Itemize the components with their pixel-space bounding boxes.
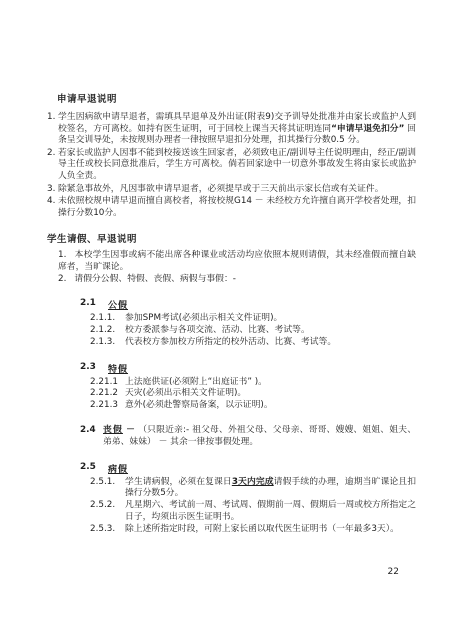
- item-number: 2.5.2.: [90, 500, 125, 524]
- item-number: 4.: [47, 196, 58, 219]
- section2-title: 学生请假、早退说明: [47, 231, 416, 245]
- subsection-title: 特假: [108, 362, 128, 375]
- item-number: 2.1.1.: [90, 313, 125, 325]
- subsection-title: 丧假: [103, 425, 123, 435]
- item-text: 未依照校规申请早退而擅自离校者，将按校规G14 － 未经校方允许擅自离开学校者处…: [58, 196, 416, 219]
- list-item: 2.请假分公假、特假、丧假、病假与事假：-: [58, 274, 416, 286]
- subsection-header: 2.3 特假: [80, 362, 416, 375]
- list-item: 2.5.1. 学生请病假，必须在复课日3天内完成请假手续的办理，逾期当旷课论且扣…: [90, 477, 416, 501]
- item-text: 学生请病假，必须在复课日3天内完成请假手续的办理，逾期当旷课论且扣操行分数5分。: [125, 477, 416, 501]
- subsection-inline: 2.4 丧假 － （只限近亲:- 祖父母、外祖父母、父母亲、哥哥、嫂嫂、姐姐、姐…: [80, 425, 416, 449]
- document-page: 申请早退说明 1. 学生因病欲申请早退者，需填具早退单及外出证(附表9)交予训导…: [0, 0, 452, 640]
- item-text: 参加SPM考试(必须出示相关文件证明)。: [125, 313, 416, 325]
- subsection-number: 2.3: [80, 362, 108, 375]
- item-text-bold: “申请早退免扣分”: [331, 124, 404, 134]
- subsection-number: 2.4: [80, 425, 103, 449]
- item-number: 2.21.3: [90, 400, 125, 412]
- item-number: 3.: [47, 184, 58, 196]
- item-text: 本校学生因事或病不能出席各种课业或活动均应依照本规则请假，其未经准假而擅自缺席者…: [58, 250, 416, 272]
- page-number: 22: [388, 567, 399, 577]
- subsection-header: 2.5 病假: [80, 462, 416, 475]
- subsection-number: 2.1: [80, 298, 108, 311]
- item-text: 除上述所指定时段，可附上家长函以取代医生证明书（一年最多3天）。: [125, 524, 416, 536]
- subsection-title: 公假: [108, 298, 128, 311]
- list-item: 2.5.2. 凡星期六、考试前一周、考试周、假期前一周、假期后一周或校方所指定之…: [90, 500, 416, 524]
- item-number: 1.: [47, 112, 58, 147]
- item-text-pre: 学生请病假，必须在复课日: [125, 477, 232, 487]
- item-number: 2.: [47, 148, 58, 183]
- list-item: 2.5.3. 除上述所指定时段，可附上家长函以取代医生证明书（一年最多3天）。: [90, 524, 416, 536]
- list-item: 2.21.2 天灾(必须出示相关文件证明)。: [90, 388, 416, 400]
- section1-title: 申请早退说明: [57, 91, 416, 105]
- list-item: 2. 若家长或监护人因事不能到校接送该生回家者，必须致电正/副训导主任说明理由，…: [47, 148, 416, 183]
- list-item: 1.本校学生因事或病不能出席各种课业或活动均应依照本规则请假，其未经准假而擅自缺…: [58, 250, 416, 273]
- list-item: 2.1.2. 校方委派参与各项交流、活动、比赛、考试等。: [90, 325, 416, 337]
- list-item: 2.1.3. 代表校方参加校方所指定的校外活动、比赛、考试等。: [90, 337, 416, 349]
- item-number: 2.21.2: [90, 388, 125, 400]
- item-number: 1.: [58, 250, 74, 260]
- item-text: 请假分公假、特假、丧假、病假与事假：-: [74, 274, 236, 284]
- item-number: 2.1.2.: [90, 325, 125, 337]
- item-text: 意外(必须赴警察局备案，以示证明)。: [125, 400, 416, 412]
- list-item: 2.21.3 意外(必须赴警察局备案，以示证明)。: [90, 400, 416, 412]
- item-number: 2.21.1: [90, 377, 125, 389]
- item-text: 校方委派参与各项交流、活动、比赛、考试等。: [125, 325, 416, 337]
- item-text: 上法庭供证(必须附上“出庭证书” )。: [125, 377, 416, 389]
- list-item: 2.1.1. 参加SPM考试(必须出示相关文件证明)。: [90, 313, 416, 325]
- item-text: 代表校方参加校方所指定的校外活动、比赛、考试等。: [125, 337, 416, 349]
- item-number: 2.5.1.: [90, 477, 125, 501]
- item-text: 若家长或监护人因事不能到校接送该生回家者，必须致电正/副训导主任说明理由，经正/…: [58, 148, 416, 183]
- subsection-body: 丧假 － （只限近亲:- 祖父母、外祖父母、父母亲、哥哥、嫂嫂、姐姐、姐夫、弟弟…: [103, 425, 416, 449]
- item-text: 学生因病欲申请早退者，需填具早退单及外出证(附表9)交予训导处批准并由家长或监护…: [58, 112, 416, 147]
- list-item: 4. 未依照校规申请早退而擅自离校者，将按校规G14 － 未经校方允许擅自离开学…: [47, 196, 416, 219]
- item-text: 除紧急事故外，凡因事欲申请早退者，必须提早或于三天前出示家长信或有关证件。: [58, 184, 416, 196]
- subsection-header: 2.1 公假: [80, 298, 416, 311]
- subsection-text: （只限近亲:- 祖父母、外祖父母、父母亲、哥哥、嫂嫂、姐姐、姐夫、弟弟、妹妹） …: [103, 425, 416, 447]
- list-item: 2.21.1 上法庭供证(必须附上“出庭证书” )。: [90, 377, 416, 389]
- item-text: 天灾(必须出示相关文件证明)。: [125, 388, 416, 400]
- subsection-number: 2.5: [80, 462, 108, 475]
- dash: －: [123, 425, 138, 435]
- item-number: 2.5.3.: [90, 524, 125, 536]
- item-number: 2.1.3.: [90, 337, 125, 349]
- list-item: 1. 学生因病欲申请早退者，需填具早退单及外出证(附表9)交予训导处批准并由家长…: [47, 112, 416, 147]
- list-item: 3. 除紧急事故外，凡因事欲申请早退者，必须提早或于三天前出示家长信或有关证件。: [47, 184, 416, 196]
- item-text: 凡星期六、考试前一周、考试周、假期前一周、假期后一周或校方所指定之日子，均须出示…: [125, 500, 416, 524]
- item-text-bold-underline: 3天内完成: [232, 477, 274, 487]
- item-number: 2.: [58, 274, 74, 284]
- subsection-title: 病假: [108, 462, 128, 475]
